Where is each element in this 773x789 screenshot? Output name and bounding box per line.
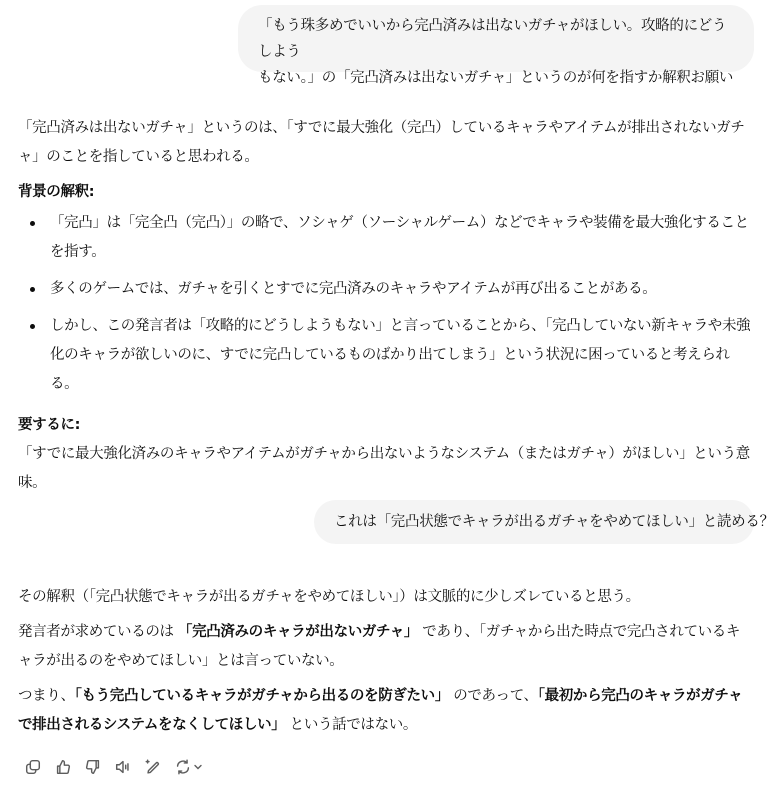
message-actions [18, 754, 208, 780]
bullet-dot [30, 221, 35, 226]
thumbs-down-icon [84, 758, 102, 776]
list-item-text: しかし、この発言者は「攻略的にどうしようもない」と言っていることから、「完凸して… [50, 318, 750, 392]
edit-canvas-icon [144, 758, 162, 776]
user-message-line: これは「完凸状態でキャラが出るガチャをやめてほしい」と読める？ [334, 509, 734, 535]
user-message-bubble: 「もう珠多めでいいから完凸済みは出ないガチャがほしい。攻略的にどうしよう もない… [238, 5, 754, 72]
bullet-dot [30, 324, 35, 329]
bold-text: 「完凸済みのキャラが出ないガチャ」 [178, 624, 418, 640]
assistant-intro: 「完凸済みは出ないガチャ」というのは、「すでに最大強化（完凸）しているキャラやア… [18, 114, 753, 172]
chevron-down-icon [193, 762, 203, 772]
assistant-paragraph: その解釈（「完凸状態でキャラが出るガチャをやめてほしい」）は文脈的に少しズレてい… [18, 583, 753, 612]
list-item: 「完凸」は「完全凸（完凸）」の略で、ソシャゲ（ソーシャルゲーム）などでキャラや装… [18, 209, 753, 267]
regenerate-icon [174, 758, 192, 776]
thumbs-up-icon [54, 758, 72, 776]
list-item-text: 多くのゲームでは、ガチャを引くとすでに完凸済みのキャラやアイテムが再び出ることが… [50, 281, 656, 297]
background-list: 「完凸」は「完全凸（完凸）」の略で、ソシャゲ（ソーシャルゲーム）などでキャラや装… [18, 209, 753, 399]
assistant-paragraph: 発言者が求めているのは 「完凸済みのキャラが出ないガチャ」 であり、「ガチャから… [18, 618, 753, 676]
user-message-line: もない。」の「完凸済みは出ないガチャ」というのが何を指すか解釈お願い [258, 65, 734, 91]
edit-in-canvas-button[interactable] [138, 754, 168, 780]
bold-text: 「もう完凸しているキャラがガチャから出るのを防ぎたい」 [75, 688, 449, 704]
bullet-dot [30, 287, 35, 292]
list-item-text: 「完凸」は「完全凸（完凸）」の略で、ソシャゲ（ソーシャルゲーム）などでキャラや装… [50, 215, 749, 260]
good-response-button[interactable] [48, 754, 78, 780]
read-aloud-button[interactable] [108, 754, 138, 780]
bad-response-button[interactable] [78, 754, 108, 780]
text-span: という話ではない。 [285, 717, 417, 733]
summary-text: 「すでに最大強化済みのキャラやアイテムがガチャから出ないようなシステム（またはガ… [18, 440, 753, 498]
list-item: 多くのゲームでは、ガチャを引くとすでに完凸済みのキャラやアイテムが再び出ることが… [18, 275, 753, 304]
text-span: 発言者が求めているのは [18, 624, 178, 640]
assistant-paragraph: つまり、「もう完凸しているキャラがガチャから出るのを防ぎたい」 のであって、「最… [18, 682, 753, 740]
copy-button[interactable] [18, 754, 48, 780]
chat-page: 「もう珠多めでいいから完凸済みは出ないガチャがほしい。攻略的にどうしよう もない… [0, 0, 773, 789]
user-message-line: 「もう珠多めでいいから完凸済みは出ないガチャがほしい。攻略的にどうしよう [258, 13, 734, 65]
read-aloud-icon [114, 758, 132, 776]
assistant-message: 「完凸済みは出ないガチャ」というのは、「すでに最大強化（完凸）しているキャラやア… [18, 114, 753, 504]
background-heading: 背景の解釈: [18, 178, 753, 207]
assistant-message: その解釈（「完凸状態でキャラが出るガチャをやめてほしい」）は文脈的に少しズレてい… [18, 583, 753, 746]
copy-icon [24, 758, 42, 776]
summary-heading: 要するに: [18, 411, 753, 440]
list-item: しかし、この発言者は「攻略的にどうしようもない」と言っていることから、「完凸して… [18, 312, 753, 399]
user-message-bubble: これは「完凸状態でキャラが出るガチャをやめてほしい」と読める？ [314, 500, 754, 544]
text-span: のであって、 [449, 688, 538, 704]
text-span: つまり、 [18, 688, 75, 704]
regenerate-button[interactable] [168, 754, 208, 780]
